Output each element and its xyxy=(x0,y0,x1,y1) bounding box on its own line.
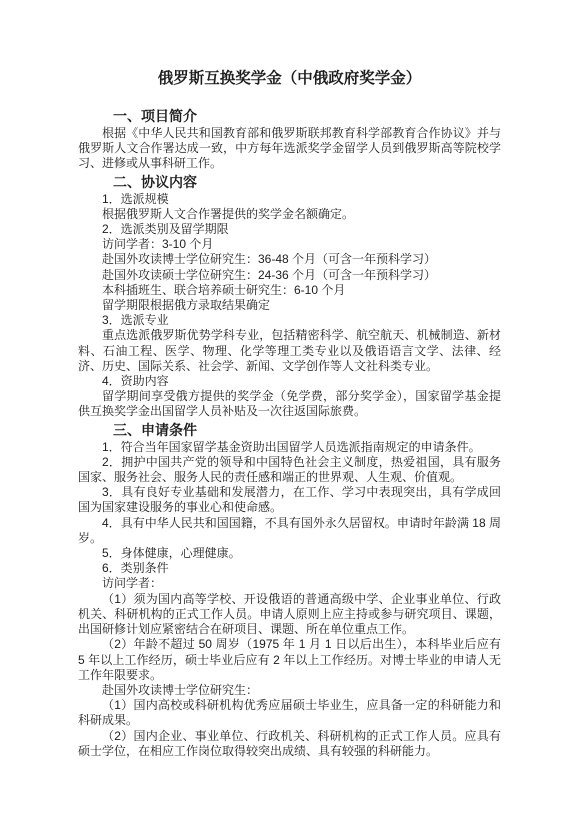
paragraph: 留学期间享受俄方提供的奖学金（免学费，部分奖学金），国家留学基金提供互换奖学金出… xyxy=(78,389,501,419)
paragraph: 1．选派规模 xyxy=(78,192,501,207)
paragraph: （1）须为国内高等学校、开设俄语的普通高级中学、企业事业单位、行政机关、科研机构… xyxy=(78,592,501,638)
paragraph: 5．身体健康，心理健康。 xyxy=(78,546,501,561)
paragraph: 本科插班生、联合培养硕士研究生：6-10 个月 xyxy=(78,283,501,298)
document-title: 俄罗斯互换奖学金（中俄政府奖学金） xyxy=(78,68,501,90)
paragraph: 赴国外攻读硕士学位研究生：24-36 个月（可含一年预科学习） xyxy=(78,268,501,283)
paragraph: 2．选派类别及留学期限 xyxy=(78,222,501,237)
paragraph: 留学期限根据俄方录取结果确定 xyxy=(78,298,501,313)
paragraph: 4．资助内容 xyxy=(78,374,501,389)
paragraph: 赴国外攻读博士学位研究生：36-48 个月（可含一年预科学习） xyxy=(78,252,501,267)
paragraph: 1．符合当年国家留学基金资助出国留学人员选派指南规定的申请条件。 xyxy=(78,440,501,455)
paragraph: 根据《中华人民共和国教育部和俄罗斯联邦教育科学部教育合作协议》并与俄罗斯人文合作… xyxy=(78,126,501,172)
paragraph: 6．类别条件 xyxy=(78,561,501,576)
section-heading: 三、申请条件 xyxy=(78,420,501,440)
document-page: 俄罗斯互换奖学金（中俄政府奖学金）一、项目简介根据《中华人民共和国教育部和俄罗斯… xyxy=(0,0,583,825)
paragraph: 访问学者： xyxy=(78,576,501,591)
paragraph: （1）国内高校或科研机构优秀应届硕士毕业生，应具备一定的科研能力和科研成果。 xyxy=(78,698,501,728)
section-heading: 二、协议内容 xyxy=(78,172,501,192)
section-heading: 一、项目简介 xyxy=(78,106,501,126)
paragraph: （2）国内企业、事业单位、行政机关、科研机构的正式工作人员。应具有硕士学位，在相… xyxy=(78,729,501,759)
paragraph: 4．具有中华人民共和国国籍，不具有国外永久居留权。申请时年龄满 18 周岁。 xyxy=(78,516,501,546)
paragraph: 3．选派专业 xyxy=(78,313,501,328)
paragraph: 赴国外攻读博士学位研究生： xyxy=(78,683,501,698)
paragraph: 2．拥护中国共产党的领导和中国特色社会主义制度，热爱祖国，具有服务国家、服务社会… xyxy=(78,455,501,485)
paragraph: 重点选派俄罗斯优势学科专业，包括精密科学、航空航天、机械制造、新材料、石油工程、… xyxy=(78,328,501,374)
paragraph: 根据俄罗斯人文合作署提供的奖学金名额确定。 xyxy=(78,207,501,222)
paragraph: 3．具有良好专业基础和发展潜力，在工作、学习中表现突出，具有学成回国为国家建设服… xyxy=(78,485,501,515)
paragraph: 访问学者：3-10 个月 xyxy=(78,237,501,252)
paragraph: （2）年龄不超过 50 周岁（1975 年 1 月 1 日以后出生），本科毕业后… xyxy=(78,637,501,683)
